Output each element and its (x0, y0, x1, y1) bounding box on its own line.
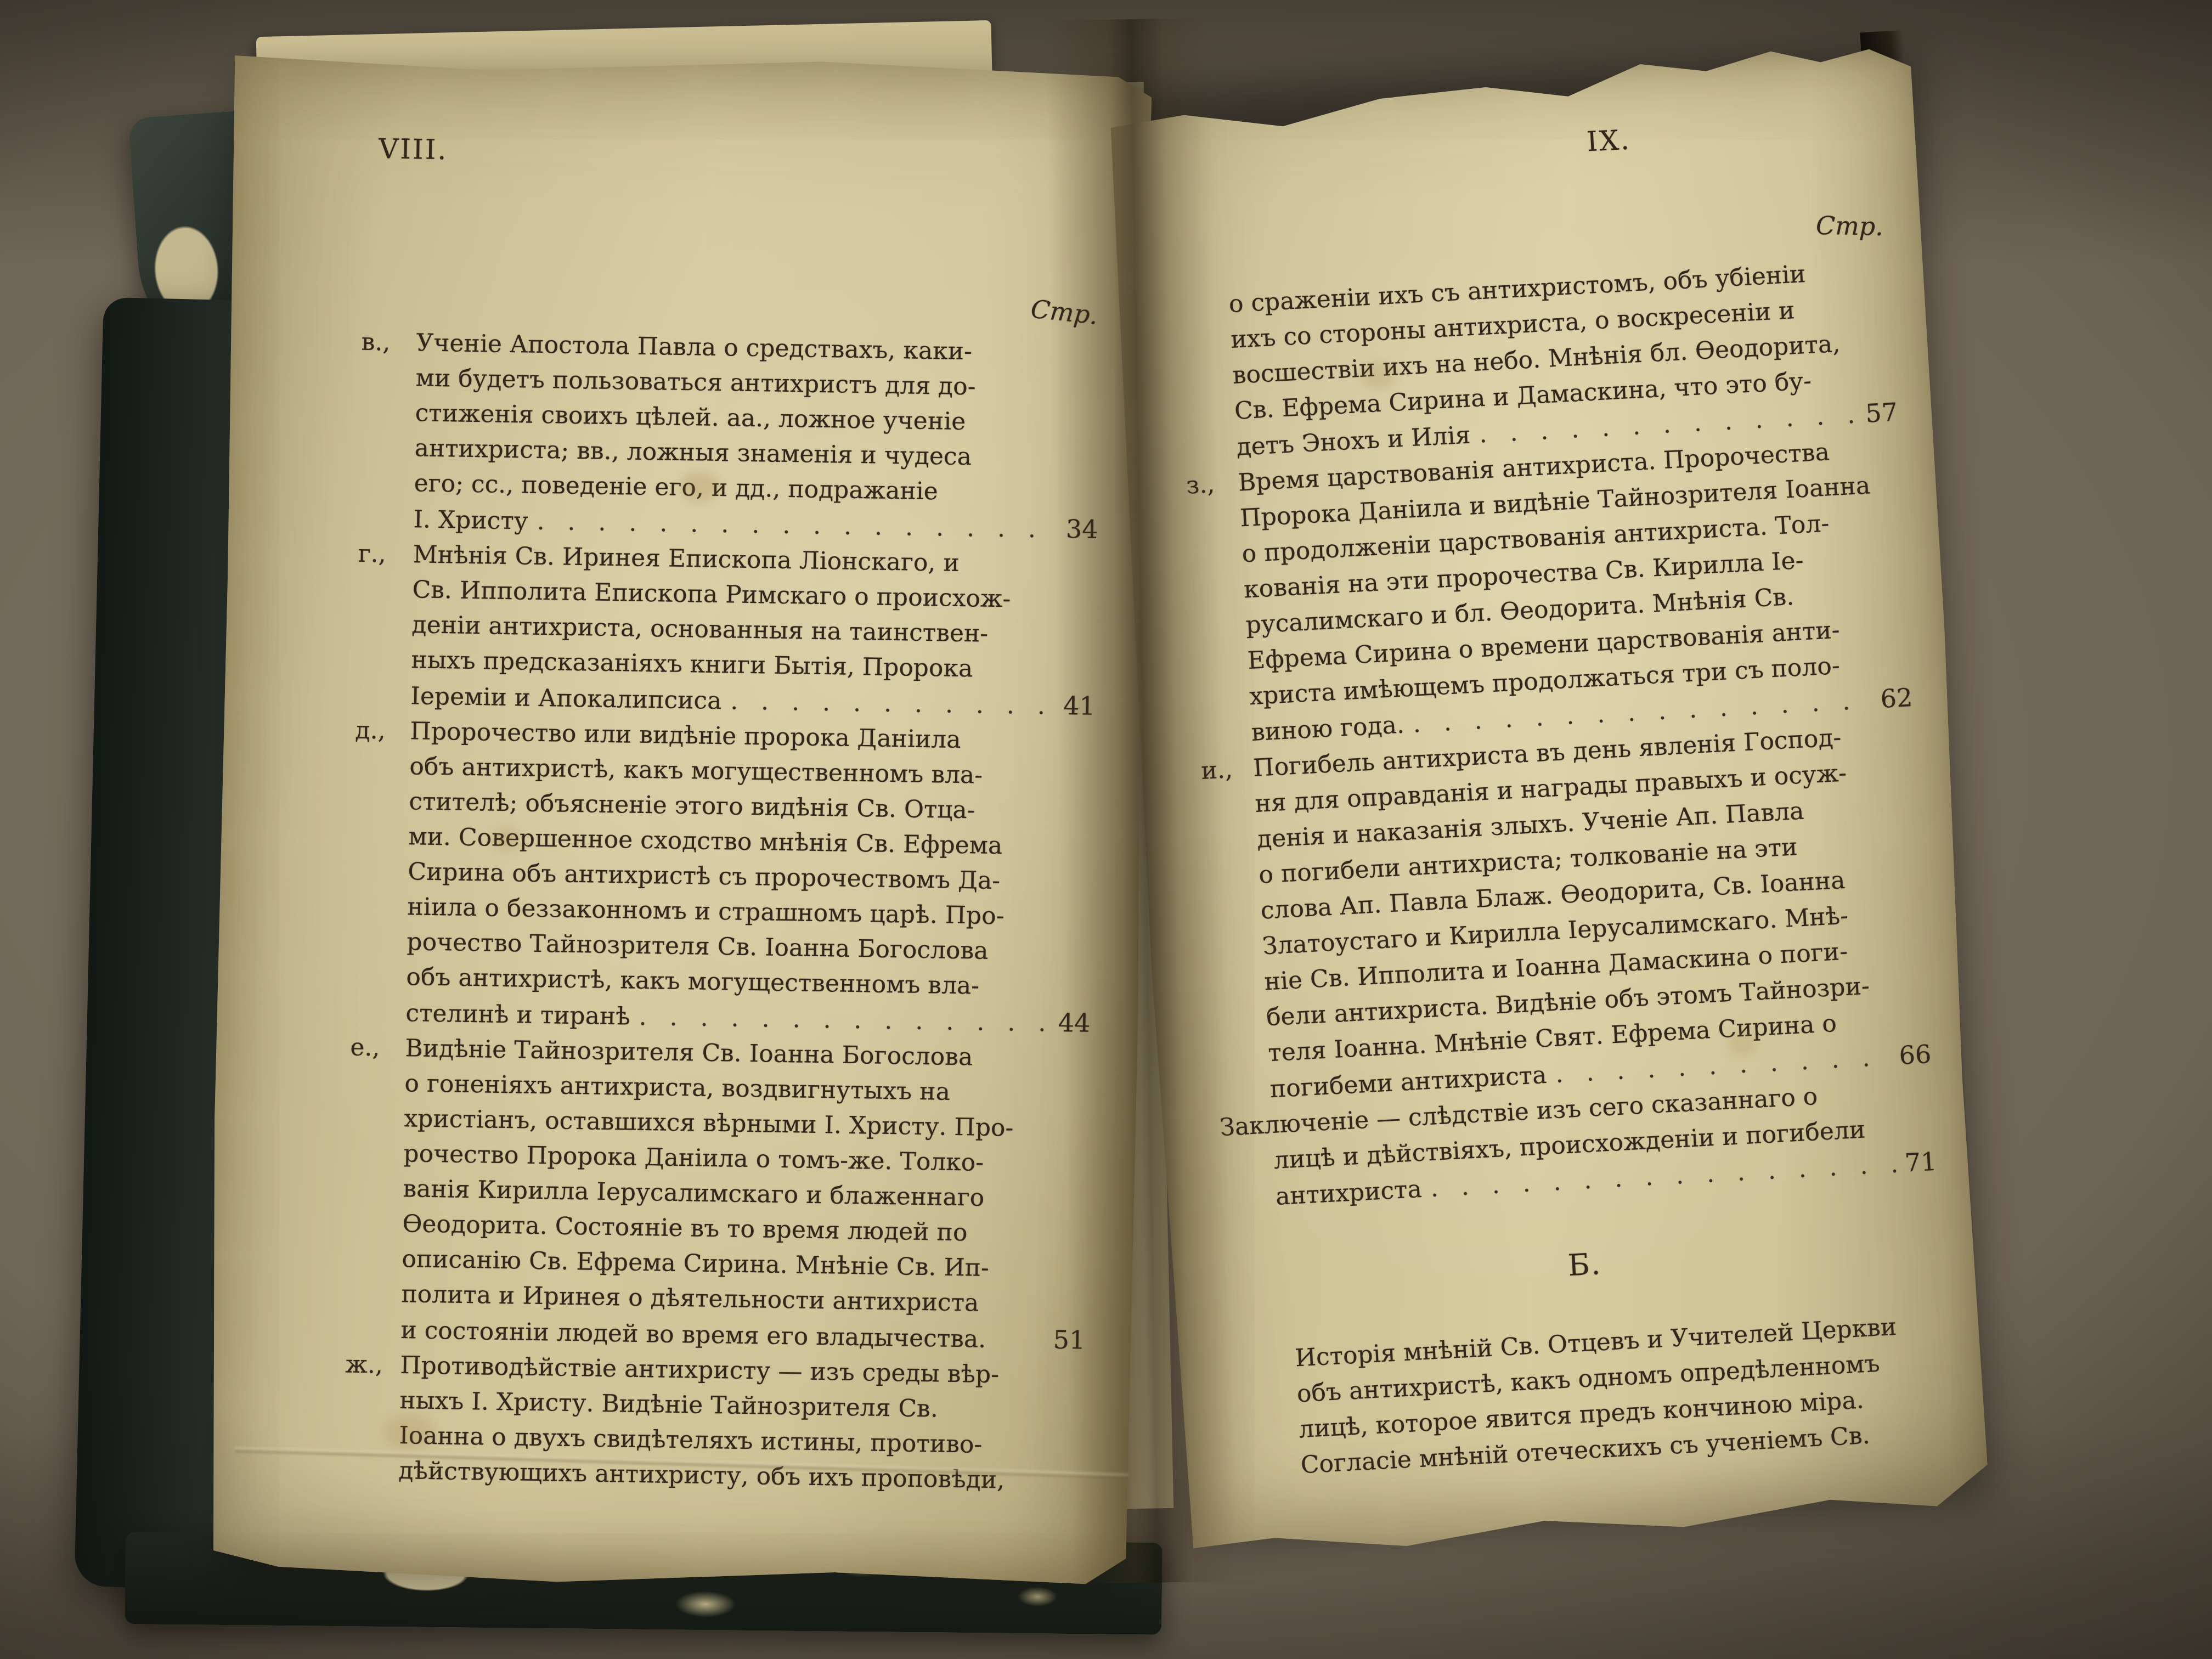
entry-body: о сраженіи ихъ съ антихристомъ, объ убіе… (1228, 252, 1898, 465)
entry-page-number: 71 (1904, 1144, 1938, 1181)
entry-body: Погибель антихриста въ день явленія Госп… (1252, 716, 1932, 1107)
left-page-number-header: VIII. (379, 133, 448, 166)
entry-label: г., (358, 537, 413, 573)
entry-label: ж., (345, 1347, 400, 1384)
toc-entry: д.,Пророчество или видѣніе пророка Даніи… (351, 713, 1095, 1042)
entry-page-number: 34 (1065, 511, 1098, 547)
entry-label: д., (355, 713, 410, 749)
entry-body: Ученіе Апостола Павла о средствахъ, каки… (413, 325, 1101, 548)
entry-body: Противодѣйствіе антихристу — изъ среды в… (398, 1348, 1085, 1499)
entry-body: Мнѣнія Св. Иринея Епископа Ліонскаго, иС… (410, 537, 1098, 725)
toc-entry: о сраженіи ихъ съ антихристомъ, объ убіе… (1176, 252, 1898, 468)
entry-body: Пророчество или видѣніе пророка Даніилао… (405, 714, 1095, 1042)
photo-of-open-book: VIII. Стр. в.,Ученіе Апостола Павла о ср… (0, 0, 2212, 1659)
toc-entry: з.,Время царствованія антихриста. Пророч… (1185, 431, 1913, 753)
entry-label: и., (1200, 751, 1254, 789)
left-page: VIII. Стр. в.,Ученіе Апостола Павла о ср… (204, 49, 1156, 1595)
toc-entry: г.,Мнѣнія Св. Иринея Епископа Ліонскаго,… (356, 537, 1098, 725)
right-page-number-header: IX. (1586, 123, 1632, 157)
entry-body: Видѣніе Тайнозрителя Св. Іоанна Богослов… (400, 1031, 1090, 1359)
entry-tail-text: антихриста (1275, 1171, 1423, 1215)
entry-tail-text: І. Христу (413, 502, 528, 539)
dot-leader: . . . . . . . . . . . . . . . . . . . . (730, 684, 1055, 724)
entry-page-number: 44 (1058, 1005, 1091, 1041)
left-column-header-str: Стр. (1029, 294, 1099, 330)
entry-tail-text: стелинѣ и тиранѣ (405, 996, 630, 1034)
dot-leader: . . . . . . . . . . . . . . . . . . . . … (639, 1000, 1049, 1041)
toc-entry: ж.,Противодѣйствіе антихристу — изъ сред… (343, 1347, 1085, 1499)
entry-label: з., (1185, 465, 1239, 504)
section-heading-b: Б. (1227, 1228, 1943, 1301)
entry-label: е., (350, 1030, 405, 1066)
entry-page-number: 62 (1880, 680, 1914, 717)
left-page-toc: в.,Ученіе Апостола Павла о средствахъ, к… (343, 325, 1101, 1499)
entry-page-number: 51 (1053, 1322, 1086, 1358)
entry-page-number: 41 (1063, 688, 1096, 724)
section-b-paragraph: Исторія мнѣній Св. Отцевъ и Учителей Цер… (1294, 1307, 1946, 1483)
right-page-toc: о сраженіи ихъ съ антихристомъ, объ убіе… (1176, 252, 1952, 1486)
entry-label (1176, 286, 1228, 289)
entry-body: Время царствованія антихриста. Пророчест… (1237, 431, 1914, 751)
right-toc-entries: о сраженіи ихъ съ антихристомъ, объ убіе… (1176, 252, 1938, 1217)
entry-tail-text: Іереміи и Апокалипсиса (410, 679, 722, 719)
entry-label: в., (361, 325, 416, 361)
dot-leader (995, 1347, 1044, 1348)
toc-entry: и.,Погибель антихриста въ день явленія Г… (1200, 716, 1932, 1110)
right-column-header-str: Стр. (1816, 211, 1884, 241)
entry-page-number: 66 (1898, 1036, 1932, 1074)
entry-page-number: 57 (1865, 394, 1899, 432)
toc-entry: в.,Ученіе Апостола Павла о средствахъ, к… (358, 325, 1101, 548)
right-page: IX. Стр. о сраженіи ихъ съ антихристомъ,… (1100, 32, 1996, 1567)
left-toc-entries: в.,Ученіе Апостола Павла о средствахъ, к… (343, 325, 1101, 1499)
toc-entry: е.,Видѣніе Тайнозрителя Св. Іоанна Богос… (346, 1030, 1090, 1359)
